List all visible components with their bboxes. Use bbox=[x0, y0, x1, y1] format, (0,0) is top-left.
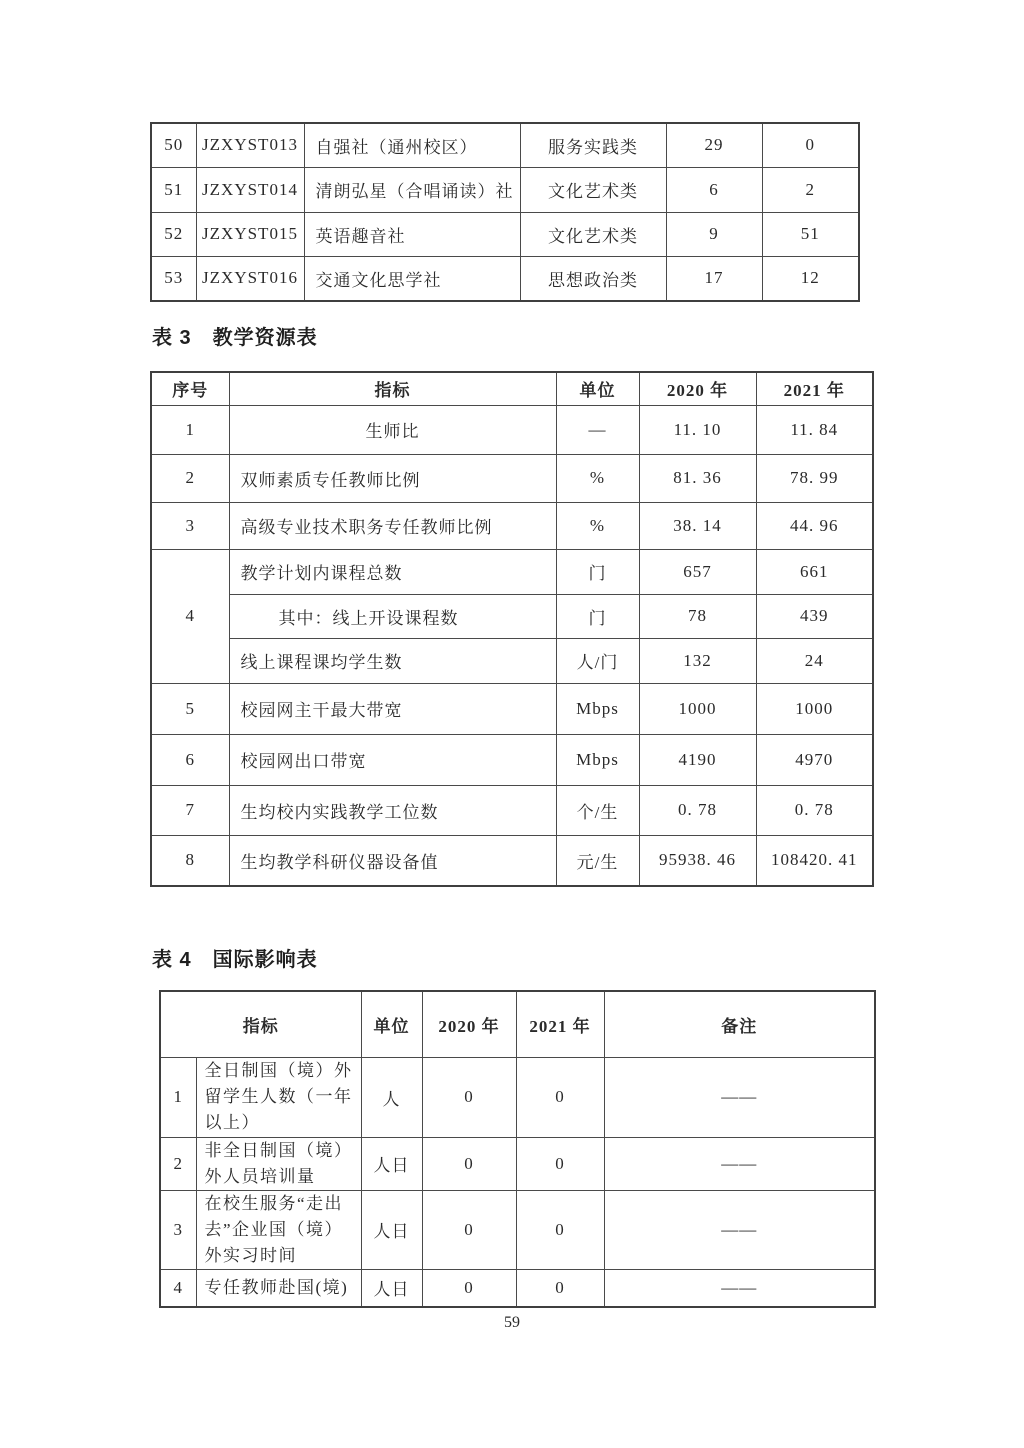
serial-cell: 6 bbox=[151, 734, 229, 785]
serial-cell: 5 bbox=[151, 683, 229, 734]
unit-cell: % bbox=[556, 454, 639, 502]
indicator-cell: 教学计划内课程总数 bbox=[229, 549, 556, 594]
year-2021-header: 2021 年 bbox=[516, 991, 604, 1057]
table-row: 6 校园网出口带宽 Mbps 4190 4970 bbox=[151, 734, 873, 785]
value-2021-cell: 78. 99 bbox=[756, 454, 873, 502]
indicator-cell: 生均教学科研仪器设备值 bbox=[229, 835, 556, 886]
table-row: 1 全日制国（境）外留学生人数（一年以上） 人 0 0 —— bbox=[160, 1057, 875, 1137]
unit-cell: 个/生 bbox=[556, 785, 639, 835]
unit-cell: 门 bbox=[556, 549, 639, 594]
value-2021-cell: 44. 96 bbox=[756, 502, 873, 549]
serial-cell: 51 bbox=[151, 167, 196, 212]
table4-title: 表 4 国际影响表 bbox=[152, 943, 318, 972]
value-2021-cell: 12 bbox=[762, 256, 859, 301]
year-2021-header: 2021 年 bbox=[756, 372, 873, 405]
table-header-row: 序号 指标 单位 2020 年 2021 年 bbox=[151, 372, 873, 405]
indicator-cell: 非全日制国（境）外人员培训量 bbox=[196, 1137, 361, 1190]
table-row: 5 校园网主干最大带宽 Mbps 1000 1000 bbox=[151, 683, 873, 734]
code-cell: JZXYST014 bbox=[196, 167, 304, 212]
year-2020-header: 2020 年 bbox=[422, 991, 516, 1057]
serial-cell: 52 bbox=[151, 212, 196, 256]
value-2020-cell: 9 bbox=[666, 212, 762, 256]
table-row: 2 非全日制国（境）外人员培训量 人日 0 0 —— bbox=[160, 1137, 875, 1190]
international-influence-table: 指标 单位 2020 年 2021 年 备注 1 全日制国（境）外留学生人数（一… bbox=[159, 990, 876, 1308]
code-cell: JZXYST013 bbox=[196, 123, 304, 167]
indicator-cell: 生均校内实践教学工位数 bbox=[229, 785, 556, 835]
unit-cell: 人 bbox=[361, 1057, 422, 1137]
serial-cell: 8 bbox=[151, 835, 229, 886]
value-2021-cell: 0. 78 bbox=[756, 785, 873, 835]
value-2020-cell: 17 bbox=[666, 256, 762, 301]
value-2021-cell: 0 bbox=[516, 1269, 604, 1307]
value-2020-cell: 29 bbox=[666, 123, 762, 167]
table-row: 3 在校生服务“走出去”企业国（境）外实习时间 人日 0 0 —— bbox=[160, 1190, 875, 1269]
value-2020-cell: 6 bbox=[666, 167, 762, 212]
category-cell: 思想政治类 bbox=[520, 256, 666, 301]
value-2021-cell: 661 bbox=[756, 549, 873, 594]
serial-cell: 2 bbox=[151, 454, 229, 502]
value-2020-cell: 38. 14 bbox=[639, 502, 756, 549]
indicator-cell: 校园网出口带宽 bbox=[229, 734, 556, 785]
indicator-cell: 校园网主干最大带宽 bbox=[229, 683, 556, 734]
value-2021-cell: 108420. 41 bbox=[756, 835, 873, 886]
value-2021-cell: 4970 bbox=[756, 734, 873, 785]
document-page: 50 JZXYST013 自强社（通州校区） 服务实践类 29 0 51 JZX… bbox=[0, 0, 1024, 1448]
table-row: 50 JZXYST013 自强社（通州校区） 服务实践类 29 0 bbox=[151, 123, 859, 167]
unit-cell: — bbox=[556, 405, 639, 454]
indicator-cell: 高级专业技术职务专任教师比例 bbox=[229, 502, 556, 549]
value-2020-cell: 0 bbox=[422, 1137, 516, 1190]
serial-cell: 4 bbox=[160, 1269, 196, 1307]
page-number: 59 bbox=[0, 1314, 1024, 1332]
note-cell: —— bbox=[604, 1190, 875, 1269]
club-name-cell: 自强社（通州校区） bbox=[304, 123, 520, 167]
club-name-cell: 英语趣音社 bbox=[304, 212, 520, 256]
unit-cell: 人日 bbox=[361, 1137, 422, 1190]
serial-header: 序号 bbox=[151, 372, 229, 405]
unit-cell: % bbox=[556, 502, 639, 549]
serial-cell: 3 bbox=[151, 502, 229, 549]
serial-cell: 1 bbox=[160, 1057, 196, 1137]
table-header-row: 指标 单位 2020 年 2021 年 备注 bbox=[160, 991, 875, 1057]
table-row: 1 生师比 — 11. 10 11. 84 bbox=[151, 405, 873, 454]
note-cell: —— bbox=[604, 1137, 875, 1190]
category-cell: 服务实践类 bbox=[520, 123, 666, 167]
club-name-cell: 清朗弘星（合唱诵读）社 bbox=[304, 167, 520, 212]
table-row: 51 JZXYST014 清朗弘星（合唱诵读）社 文化艺术类 6 2 bbox=[151, 167, 859, 212]
indicator-cell: 全日制国（境）外留学生人数（一年以上） bbox=[196, 1057, 361, 1137]
club-name-cell: 交通文化思学社 bbox=[304, 256, 520, 301]
indicator-header: 指标 bbox=[229, 372, 556, 405]
value-2021-cell: 11. 84 bbox=[756, 405, 873, 454]
code-cell: JZXYST016 bbox=[196, 256, 304, 301]
value-2020-cell: 95938. 46 bbox=[639, 835, 756, 886]
serial-cell: 53 bbox=[151, 256, 196, 301]
value-2021-cell: 24 bbox=[756, 638, 873, 683]
table3-title: 表 3 教学资源表 bbox=[152, 321, 318, 350]
table-row: 8 生均教学科研仪器设备值 元/生 95938. 46 108420. 41 bbox=[151, 835, 873, 886]
value-2020-cell: 0 bbox=[422, 1057, 516, 1137]
value-2021-cell: 0 bbox=[516, 1057, 604, 1137]
table-row: 其中：线上开设课程数 门 78 439 bbox=[151, 594, 873, 638]
value-2021-cell: 51 bbox=[762, 212, 859, 256]
value-2020-cell: 1000 bbox=[639, 683, 756, 734]
value-2021-cell: 439 bbox=[756, 594, 873, 638]
serial-cell: 2 bbox=[160, 1137, 196, 1190]
value-2020-cell: 0. 78 bbox=[639, 785, 756, 835]
unit-cell: Mbps bbox=[556, 683, 639, 734]
value-2020-cell: 78 bbox=[639, 594, 756, 638]
note-cell: —— bbox=[604, 1269, 875, 1307]
indicator-cell: 线上课程课均学生数 bbox=[229, 638, 556, 683]
unit-cell: 门 bbox=[556, 594, 639, 638]
year-2020-header: 2020 年 bbox=[639, 372, 756, 405]
club-table: 50 JZXYST013 自强社（通州校区） 服务实践类 29 0 51 JZX… bbox=[150, 122, 860, 302]
serial-cell: 50 bbox=[151, 123, 196, 167]
table-row: 4 教学计划内课程总数 门 657 661 bbox=[151, 549, 873, 594]
teaching-resources-table: 序号 指标 单位 2020 年 2021 年 1 生师比 — 11. 10 11… bbox=[150, 371, 874, 887]
serial-cell: 4 bbox=[151, 549, 229, 683]
code-cell: JZXYST015 bbox=[196, 212, 304, 256]
unit-cell: 元/生 bbox=[556, 835, 639, 886]
unit-cell: 人日 bbox=[361, 1190, 422, 1269]
indicator-header: 指标 bbox=[160, 991, 361, 1057]
unit-header: 单位 bbox=[361, 991, 422, 1057]
value-2020-cell: 132 bbox=[639, 638, 756, 683]
value-2020-cell: 11. 10 bbox=[639, 405, 756, 454]
table-row: 2 双师素质专任教师比例 % 81. 36 78. 99 bbox=[151, 454, 873, 502]
unit-cell: 人日 bbox=[361, 1269, 422, 1307]
table-row: 52 JZXYST015 英语趣音社 文化艺术类 9 51 bbox=[151, 212, 859, 256]
indicator-cell: 双师素质专任教师比例 bbox=[229, 454, 556, 502]
value-2021-cell: 0 bbox=[516, 1190, 604, 1269]
table-row: 53 JZXYST016 交通文化思学社 思想政治类 17 12 bbox=[151, 256, 859, 301]
value-2021-cell: 0 bbox=[762, 123, 859, 167]
indicator-cell: 在校生服务“走出去”企业国（境）外实习时间 bbox=[196, 1190, 361, 1269]
value-2021-cell: 0 bbox=[516, 1137, 604, 1190]
serial-cell: 3 bbox=[160, 1190, 196, 1269]
category-cell: 文化艺术类 bbox=[520, 167, 666, 212]
value-2021-cell: 1000 bbox=[756, 683, 873, 734]
serial-cell: 7 bbox=[151, 785, 229, 835]
value-2020-cell: 657 bbox=[639, 549, 756, 594]
table-row: 7 生均校内实践教学工位数 个/生 0. 78 0. 78 bbox=[151, 785, 873, 835]
table-row: 4 专任教师赴国(境) 人日 0 0 —— bbox=[160, 1269, 875, 1307]
table-row: 3 高级专业技术职务专任教师比例 % 38. 14 44. 96 bbox=[151, 502, 873, 549]
indicator-cell: 其中：线上开设课程数 bbox=[229, 594, 556, 638]
unit-cell: 人/门 bbox=[556, 638, 639, 683]
value-2020-cell: 0 bbox=[422, 1190, 516, 1269]
table-row: 线上课程课均学生数 人/门 132 24 bbox=[151, 638, 873, 683]
note-cell: —— bbox=[604, 1057, 875, 1137]
unit-cell: Mbps bbox=[556, 734, 639, 785]
value-2020-cell: 0 bbox=[422, 1269, 516, 1307]
indicator-cell: 专任教师赴国(境) bbox=[196, 1269, 361, 1307]
value-2020-cell: 4190 bbox=[639, 734, 756, 785]
indicator-cell: 生师比 bbox=[229, 405, 556, 454]
unit-header: 单位 bbox=[556, 372, 639, 405]
value-2020-cell: 81. 36 bbox=[639, 454, 756, 502]
value-2021-cell: 2 bbox=[762, 167, 859, 212]
note-header: 备注 bbox=[604, 991, 875, 1057]
serial-cell: 1 bbox=[151, 405, 229, 454]
category-cell: 文化艺术类 bbox=[520, 212, 666, 256]
